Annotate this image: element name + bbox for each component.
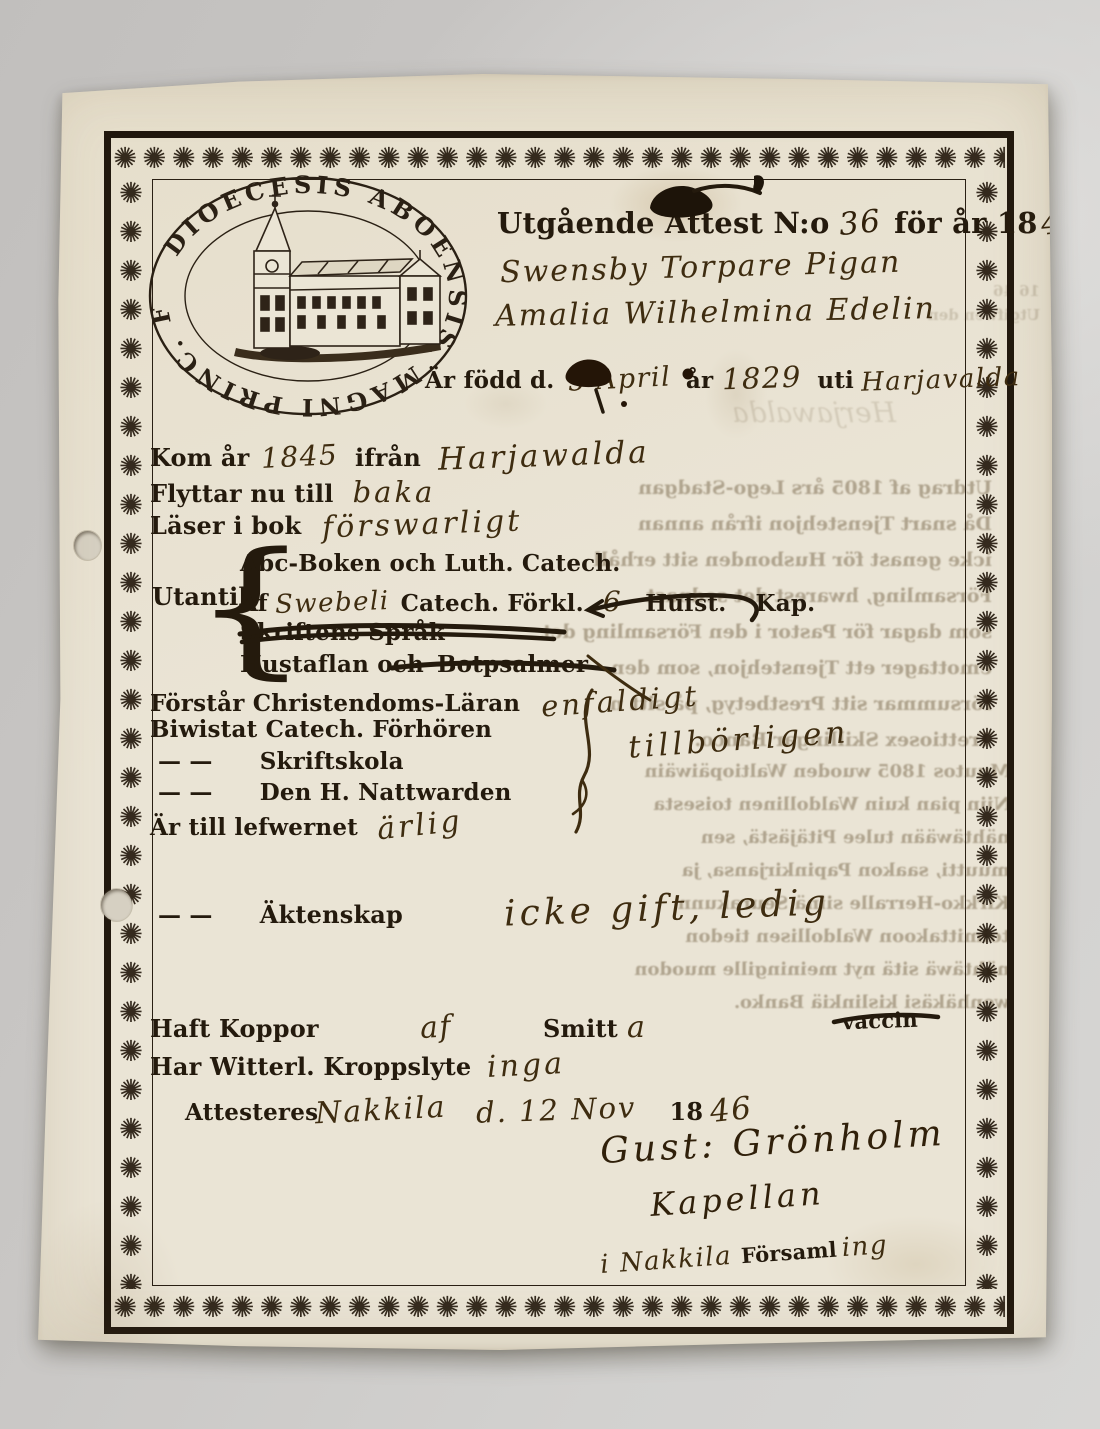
attended-value-handwritten: tillbörligen [627,714,850,765]
conduct-row: Är till lefwernet ärlig [150,808,463,843]
utantill-line2-handwritten: Swebeli [274,586,390,620]
attest-header-row: Utgående Attest N:o 36 för år 18 46 [497,205,1083,241]
punch-hole-top [74,531,101,560]
rosette-border-bottom: ✺✺✺✺✺✺✺✺✺✺✺✺✺✺✺✺✺✺✺✺✺✺✺✺✺✺✺✺✺✺✺✺✺✺ [113,1289,1005,1325]
attest-year-handwritten: 46 [1039,203,1084,243]
utantill-line1-text: Abc-Boken och Luth. Catech. [240,550,621,577]
parish-suffix-handwritten: ing [841,1230,889,1263]
utantill-line2-hufst: Hufst. [645,590,726,617]
person-line1-text: Swensby Torpare Pigan [500,245,902,290]
attest-header-printed: Utgående Attest N:o [497,206,830,240]
attest-year-printed: för år 18 [894,206,1038,240]
marriage-row: — — Äktenskap [158,900,403,929]
document-paper-wrap: 16 46Utgifwen den Herjawalda Utdrag af 1… [36,74,1052,1350]
person-name-line1: Swensby Torpare Pigan [500,250,901,285]
reading-value-handwritten: förswarligt [322,504,523,546]
christendom-value-handwritten: enfaldigt [540,679,700,724]
attended-row3-text: Den H. Nattwarden [260,779,512,806]
born-year-handwritten: 1829 [722,360,803,397]
born-place-label: uti [817,367,854,394]
attended-row3-dashes: — — [158,779,213,806]
christendom-row: Förstår Christendoms-Läran enfaldigt [150,684,700,718]
came-year-handwritten: 1845 [260,438,339,475]
attestation-label: Attesteres [185,1099,318,1126]
utantill-line3: Skriftens Språk [240,619,445,646]
smallpox-label: Haft Koppor [150,1014,319,1043]
attended-row2-dashes: — — [158,748,213,775]
defects-value-handwritten: inga [486,1046,566,1085]
smallpox-row: Haft Koppor af Smitt a [150,1010,646,1045]
marriage-dashes: — — [158,902,213,929]
utantill-line1: Abc-Boken och Luth. Catech. [240,550,621,577]
attended-row2: — — Skriftskola [158,748,404,775]
signature-title: Kapellan [650,1180,825,1218]
defects-row: Har Witterl. Kroppslyte inga [150,1048,565,1083]
came-label: Kom år [150,443,250,472]
utantill-line2-number: 6 [603,585,622,618]
moving-value-handwritten: baka [353,475,436,509]
punch-hole-bottom [101,889,132,921]
smallpox-struck-vaccin: vaccin [842,1008,918,1033]
signature-name: Gust: Grönholm [600,1122,946,1163]
moving-row: Flyttar nu till baka [150,475,435,509]
marriage-label: Äktenskap [260,900,403,929]
attestation-place-handwritten: Nakkila [315,1090,448,1132]
conduct-label: Är till lefwernet [150,814,358,841]
document-paper: 16 46Utgifwen den Herjawalda Utdrag af 1… [36,74,1052,1350]
rosette-border-right: ✺✺✺✺✺✺✺✺✺✺✺✺✺✺✺✺✺✺✺✺✺✺✺✺✺✺✺✺✺✺✺✺✺✺✺✺✺✺✺✺ [969,176,1005,1289]
born-row: Är född d. 5 April år 1829 uti Harjavald… [425,361,1021,395]
came-from-label: ifrån [355,443,421,472]
smallpox-a-handwritten: a [627,1010,646,1045]
born-label: Är född d. [425,367,554,394]
person-line2-text: Amalia Wilhelmina Edelin [495,291,936,334]
utantill-line2-catech: Catech. Förkl. [401,590,584,617]
utantill-line3-struck-text: Skriftens Språk [240,619,445,646]
born-day-handwritten: 5 April [567,361,672,397]
signature-title-handwritten: Kapellan [649,1174,826,1224]
vaccin-struck-text: vaccin [842,1007,919,1035]
parish-printed-text: Församl [740,1237,837,1269]
smallpox-af-handwritten: af [419,1009,453,1046]
utantill-line2-af: Af [240,590,268,617]
person-name-line2: Amalia Wilhelmina Edelin [495,295,936,330]
attended-row1-text: Biwistat Catech. Förhören [150,716,492,743]
conduct-value-handwritten: ärlig [376,804,465,848]
marriage-value: icke gift, ledig [504,888,830,929]
utantill-line4-text: Hustaflan och [240,651,424,678]
smallpox-smitt-printed: Smitt [543,1014,618,1043]
photo-background: 16 46Utgifwen den Herjawalda Utdrag af 1… [0,0,1100,1429]
utantill-line2-struck-kap: Kap. [756,590,816,617]
attended-row1: Biwistat Catech. Förhören [150,716,492,743]
utantill-line2: Af Swebeli Catech. Förkl. 6 Hufst. Kap. [240,585,815,618]
attest-number-handwritten: 36 [837,203,883,243]
moving-label: Flyttar nu till [150,479,334,508]
came-row: Kom år 1845 ifrån Harjawalda [150,438,650,474]
attended-value: tillbörligen [628,722,850,758]
attended-row2-text: Skriftskola [260,748,404,775]
defects-label: Har Witterl. Kroppslyte [150,1052,471,1081]
utantill-line4-struck-text: Botpsalmer [437,651,588,678]
marriage-value-handwritten: icke gift, ledig [503,882,830,934]
born-place-handwritten: Harjavalda [861,362,1022,398]
came-place-handwritten: Harjawalda [438,434,651,477]
christendom-label: Förstår Christendoms-Läran [150,690,520,717]
attended-row3: — — Den H. Nattwarden [158,779,512,806]
born-year-label: år [686,367,713,394]
utantill-line4: Hustaflan och Botpsalmer [240,651,588,678]
